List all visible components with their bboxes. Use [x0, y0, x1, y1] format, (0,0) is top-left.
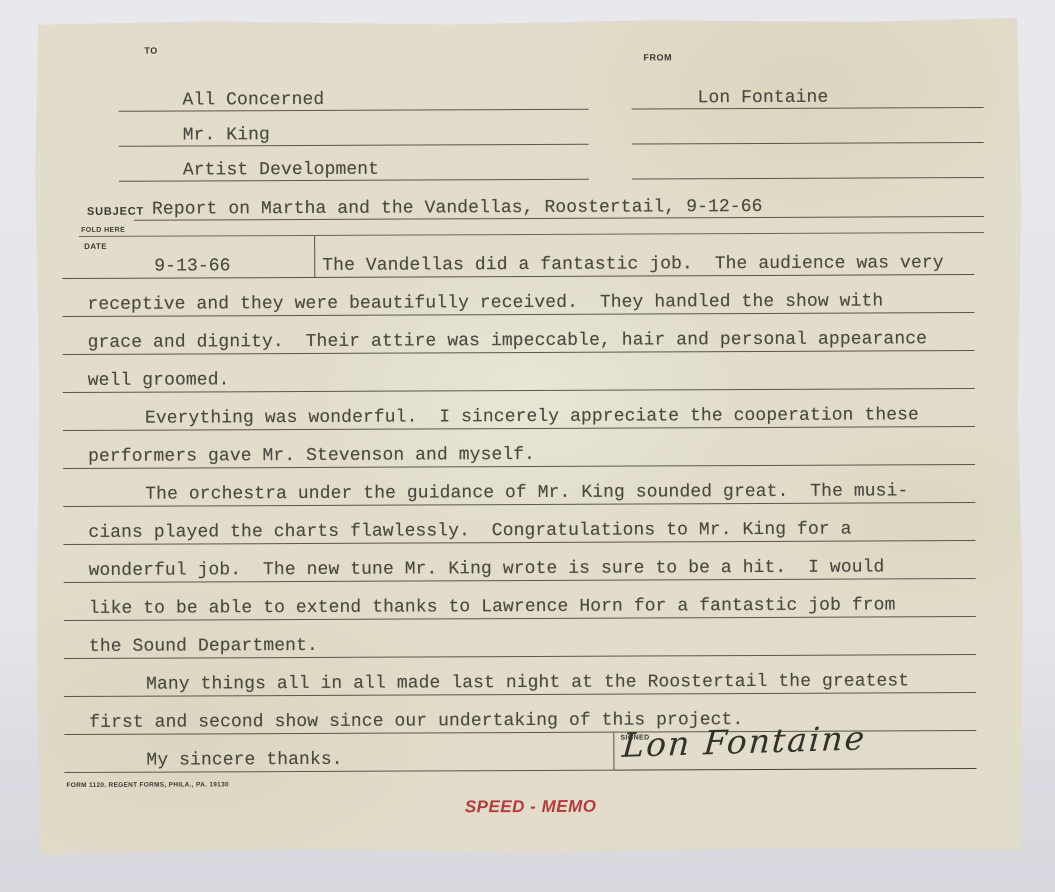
to-line-2: Mr. King [119, 116, 589, 147]
from-line-2 [632, 114, 984, 145]
from-line-1: Lon Fontaine [631, 79, 983, 110]
handwritten-signature: Lon Fontaine [621, 718, 868, 765]
body-line-14: My sincere thanks. [146, 750, 342, 771]
from-value-1: Lon Fontaine [631, 88, 828, 109]
body-line-4: well groomed. [88, 370, 230, 391]
body-line-12: Many things all in all made last night a… [146, 671, 909, 694]
signature-row: My sincere thanks. SIGNED Lon Fontaine [64, 731, 976, 773]
body-row: like to be able to extend thanks to Lawr… [64, 579, 976, 621]
body-line-8: cians played the charts flawlessly. Cong… [88, 520, 851, 543]
memo-paper: TO FROM All Concerned Mr. King Artist De… [34, 18, 1024, 854]
body-row: receptive and they were beautifully rece… [62, 275, 974, 317]
body-row: well groomed. [63, 351, 975, 393]
from-label: FROM [643, 52, 672, 62]
speed-memo-brand: SPEED - MEMO [38, 795, 1024, 819]
to-value-1: All Concerned [118, 90, 324, 111]
form-number-footer: FORM 1120. REGENT FORMS, PHILA., PA. 191… [67, 781, 229, 789]
body-line-3: grace and dignity. Their attire was impe… [88, 329, 928, 353]
to-line-1: All Concerned [118, 81, 588, 112]
subject-value: Report on Martha and the Vandellas, Roos… [134, 197, 763, 220]
to-label: TO [144, 46, 158, 56]
subject-line: Report on Martha and the Vandellas, Roos… [134, 188, 984, 221]
body-line-2: receptive and they were beautifully rece… [87, 291, 883, 314]
date-divider [314, 236, 315, 277]
body-row: The orchestra under the guidance of Mr. … [63, 465, 975, 507]
body-row: the Sound Department. [64, 617, 976, 659]
body-line-7: The orchestra under the guidance of Mr. … [145, 481, 908, 504]
to-value-2: Mr. King [119, 125, 270, 146]
body-line-11: the Sound Department. [89, 636, 318, 657]
signed-cell: SIGNED Lon Fontaine [613, 731, 976, 771]
body-line-5: Everything was wonderful. I sincerely ap… [145, 405, 919, 428]
date-value: 9-13-66 [154, 256, 230, 276]
body-line-6: performers gave Mr. Stevenson and myself… [88, 445, 535, 467]
body-row: cians played the charts flawlessly. Cong… [63, 503, 975, 545]
body-line-1: The Vandellas did a fantastic job. The a… [322, 253, 943, 276]
body-row: Many things all in all made last night a… [64, 655, 976, 697]
body-line-10: like to be able to extend thanks to Lawr… [89, 595, 896, 619]
from-line-3 [632, 149, 984, 180]
fold-here-label: FOLD HERE [81, 227, 125, 234]
body-row: grace and dignity. Their attire was impe… [62, 313, 974, 355]
body-row: wonderful job. The new tune Mr. King wro… [63, 541, 975, 583]
body-row: performers gave Mr. Stevenson and myself… [63, 427, 975, 469]
to-value-3: Artist Development [119, 160, 379, 181]
body-line-9: wonderful job. The new tune Mr. King wro… [89, 557, 885, 580]
body-row: Everything was wonderful. I sincerely ap… [63, 389, 975, 431]
date-label: DATE [84, 242, 107, 251]
date-row: DATE 9-13-66 The Vandellas did a fantast… [62, 233, 974, 279]
thanks-cell: My sincere thanks. [64, 733, 613, 773]
to-line-3: Artist Development [119, 151, 589, 182]
